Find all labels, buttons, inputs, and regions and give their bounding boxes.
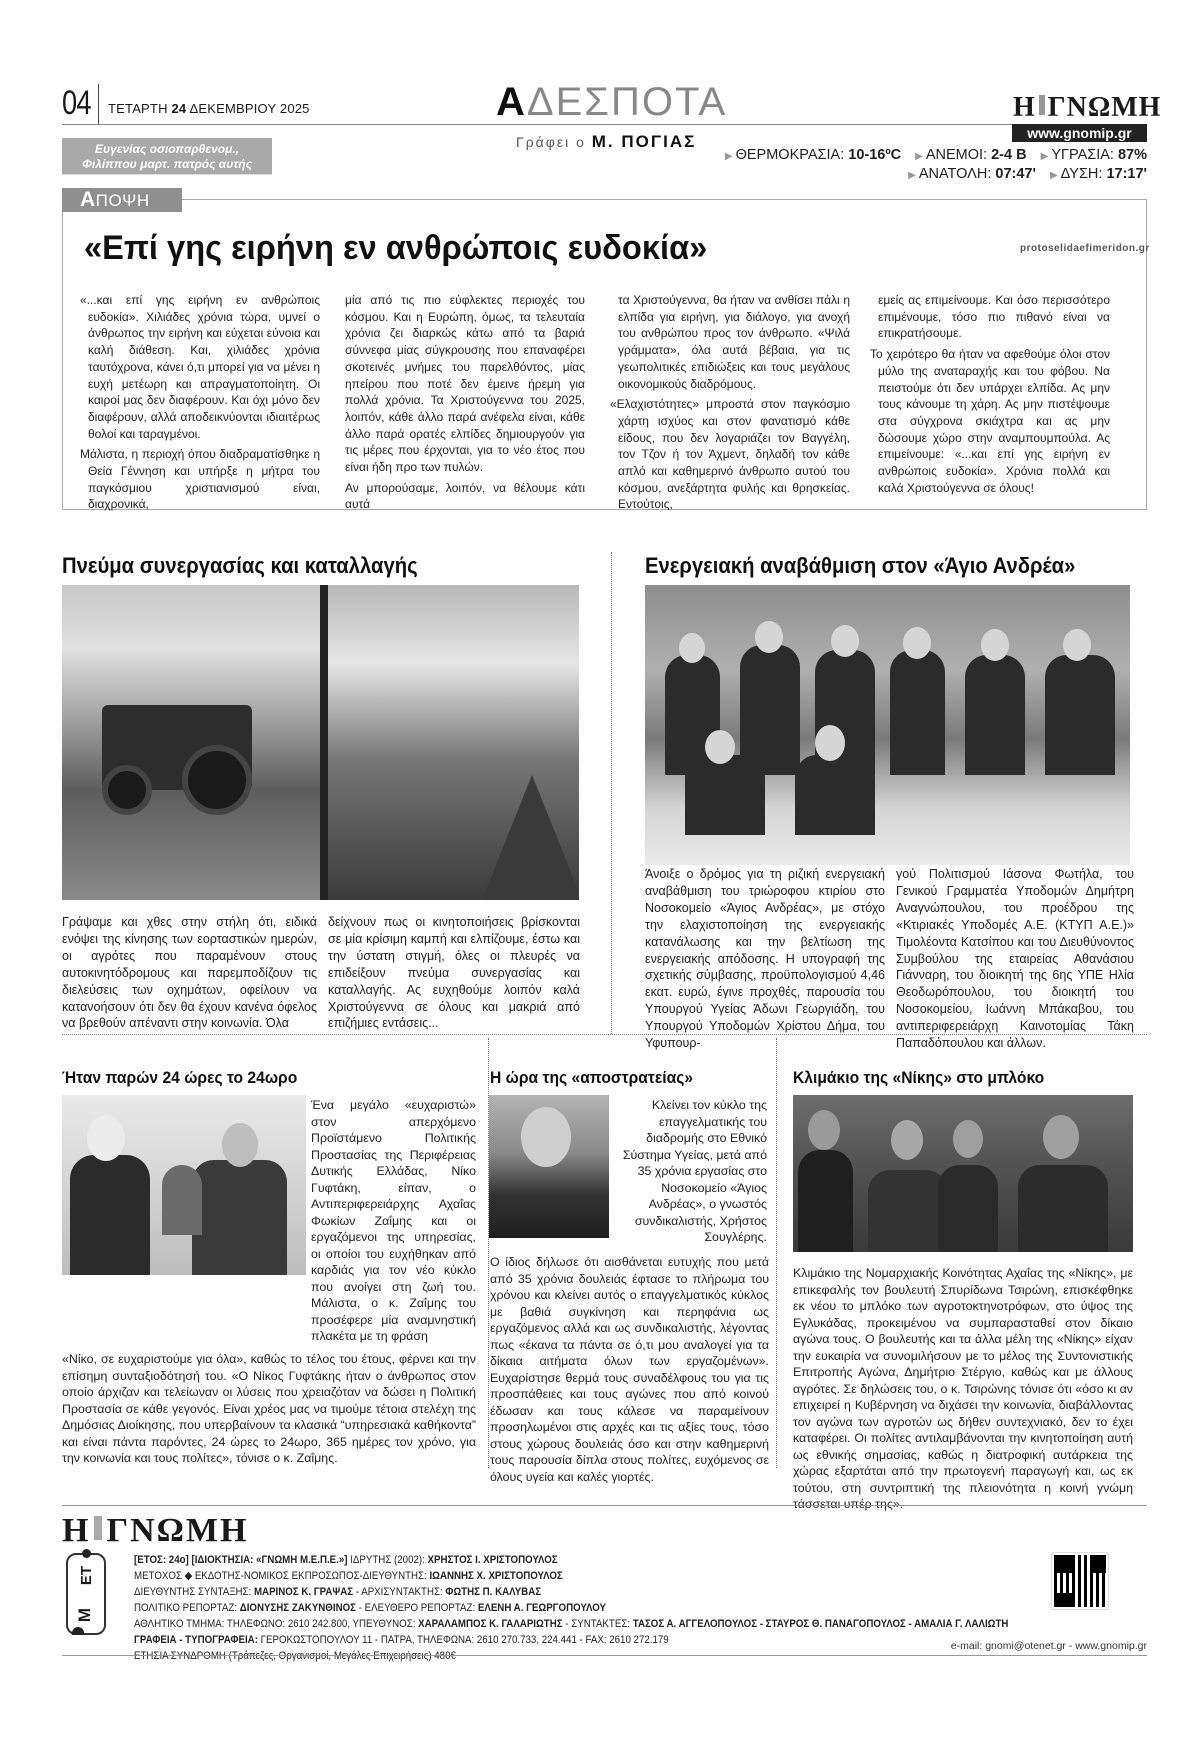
opinion-headline: «Επί γης ειρήνη εν ανθρώποις ευδοκία» <box>84 228 707 268</box>
masthead-label: ΔΙΕΥΘΥΝΤΗΣ ΣΥΝΤΑΞΗΣ: <box>134 1586 251 1598</box>
tractors-photo <box>62 585 579 900</box>
masthead-label: ΓΡΑΦΕΙΑ - ΤΥΠΟΓΡΑΦΕΙΑ: <box>134 1634 258 1646</box>
article-title-24h[interactable]: Ήταν παρών 24 ώρες το 24ωρο <box>62 1065 297 1091</box>
badge-letter-bottom: Μ <box>75 1608 95 1622</box>
person-head <box>981 629 1009 661</box>
person-head <box>222 1123 258 1167</box>
temp-value: 10-16ºC <box>848 147 901 163</box>
section-title: ΑΔΕΣΠΟΤΑ <box>496 82 727 122</box>
column-divider <box>611 552 612 1034</box>
wind-value: 2-4 B <box>991 147 1026 163</box>
byline-prefix: Γράφει ο <box>516 134 586 150</box>
logo-right: ΓΝΩΜΗ <box>1048 92 1162 123</box>
sunset-label: ΔΥΣΗ: <box>1061 166 1103 182</box>
badge-dot <box>72 1627 84 1635</box>
website-link[interactable]: www.gnomip.gr <box>1012 124 1147 142</box>
metoxos-badge-icon: ΕΤ Μ <box>66 1553 106 1635</box>
masthead-address: ΓΕΡΟΚΩΣΤΟΠΟΥΛΟΥ 11 - ΠΑΤΡΑ, ΤΗΛΕΦΩΝΑ: 26… <box>261 1634 669 1646</box>
article-24h-text-beside: Ένα μεγάλο «ευχαριστώ» στον απερχόμενο Π… <box>311 1097 476 1345</box>
paragraph: «...και επί γης ειρήνη εν ανθρώποις ευδο… <box>80 292 320 442</box>
saints-line-1: Ευγενίας οσιοπαρθενομ., <box>62 142 272 157</box>
article-farmers-col-2: δείχνουν πως οι κινητοποιήσεις βρίσκοντα… <box>328 914 580 1032</box>
opinion-tab: ΑΠΟΨΗ <box>62 188 182 212</box>
section-title-rest: ΔΕΣΠΟΤΑ <box>527 80 727 124</box>
footer-contact[interactable]: e-mail: gnomi@otenet.gr - www.gnomip.gr <box>951 1640 1147 1652</box>
saints-line-2: Φιλίππου μαρτ. πατρός αυτής <box>62 157 272 172</box>
masthead-line: [ΕΤΟΣ: 24ο] [ΙΔΙΟΚΤΗΣΙΑ: «ΓΝΩΜΗ Μ.Ε.Π.Ε.… <box>134 1552 1008 1568</box>
bullet-arrow-icon: ▶ <box>1041 151 1049 162</box>
sunset-value: 17:17' <box>1106 166 1147 182</box>
person-head <box>953 1120 983 1158</box>
issue-date-number: 24 <box>171 101 186 116</box>
article-title-niki[interactable]: Κλιμάκιο της «Νίκης» στο μπλόκο <box>793 1065 1044 1091</box>
logo-divider-icon <box>94 1516 102 1540</box>
tractor-wheel <box>182 745 252 815</box>
masthead-ownership: [ΙΔΙΟΚΤΗΣΙΑ: «ΓΝΩΜΗ Μ.Ε.Π.Ε.»] <box>191 1554 347 1566</box>
person-shape <box>70 1155 150 1275</box>
badge-letters-top: ΕΤ <box>78 1566 95 1585</box>
issue-date: ΤΕΤΑΡΤΗ 24 ΔΕΚΕΜΒΡΙΟΥ 2025 <box>108 101 310 116</box>
person-shape <box>798 1150 853 1252</box>
bullet-arrow-icon: ▶ <box>725 151 733 162</box>
qr-code-icon[interactable] <box>1052 1553 1108 1609</box>
person-shape <box>868 1170 948 1252</box>
page-number: 04 <box>62 86 91 120</box>
humidity-label: ΥΓΡΑΣΙΑ: <box>1051 147 1114 163</box>
person-head <box>521 1107 571 1167</box>
masthead-label: ΑΘΛΗΤΙΚΟ ΤΜΗΜΑ: ΤΗΛΕΦΩΝΟ: 2610 242.800, … <box>134 1618 415 1630</box>
masthead-name: ΤΑΣΟΣ Α. ΑΓΓΕΛΟΠΟΥΛΟΣ - ΣΤΑΥΡΟΣ Θ. ΠΑΝΑΓ… <box>633 1618 1009 1630</box>
masthead-label: ΜΕΤΟΧΟΣ ◆ ΕΚΔΟΤΗΣ-ΝΟΜΙΚΟΣ ΕΚΠΡΟΣΩΠΟΣ-ΔΙΕ… <box>134 1570 427 1582</box>
person-head <box>903 627 931 659</box>
article-title-hospital[interactable]: Ενεργειακή αναβάθμιση στον «Άγιο Ανδρέα» <box>645 553 1075 579</box>
person-head <box>679 633 705 663</box>
badge-dot <box>82 1549 91 1558</box>
masthead-label: - ΑΡΧΙΣΥΝΤΑΚΤΗΣ: <box>356 1586 443 1598</box>
paragraph: εμείς ας επιμείνουμε. Και όσο περισσότερ… <box>870 292 1110 342</box>
person-head <box>87 1115 125 1161</box>
section-divider <box>62 1034 1147 1035</box>
article-retirement-text-below: Ο ίδιος δήλωσε ότι αισθάνεται ευτυχής πο… <box>490 1254 769 1485</box>
footer-rule-top <box>62 1505 1147 1506</box>
sunrise-label: ΑΝΑΤΟΛΗ: <box>919 166 992 182</box>
source-watermark: protoselidaefimeridon.gr <box>1020 243 1150 254</box>
masthead-name: ΧΑΡΑΛΑΜΠΟΣ Κ. ΓΑΛΑΡΙΩΤΗΣ <box>418 1618 562 1630</box>
person-shape <box>1045 655 1115 775</box>
article-niki-text: Κλιμάκιο της Νομαρχιακής Κοινότητας Αχαΐ… <box>793 1265 1133 1513</box>
footer-rule-bottom <box>62 1655 1147 1656</box>
person-head <box>808 1110 840 1150</box>
masthead-line: ΜΕΤΟΧΟΣ ◆ ΕΚΔΟΤΗΣ-ΝΟΜΙΚΟΣ ΕΚΠΡΟΣΩΠΟΣ-ΔΙΕ… <box>134 1568 1008 1584</box>
bullet-arrow-icon: ▶ <box>915 151 923 162</box>
opinion-column-2: μία από τις πιο εύφλεκτες περιοχές του κ… <box>345 292 585 517</box>
opinion-column-3: τα Χριστούγεννα, θα ήταν να ανθίσει πάλι… <box>610 292 850 517</box>
humidity-value: 87% <box>1118 147 1147 163</box>
paragraph: «Ελαχιστότητες» μπροστά στον παγκόσμιο χ… <box>610 396 850 513</box>
masthead-line: ΑΘΛΗΤΙΚΟ ΤΜΗΜΑ: ΤΗΛΕΦΩΝΟ: 2610 242.800, … <box>134 1616 1008 1632</box>
paragraph: Το χειρότερο θα ήταν να αφεθούμε όλοι στ… <box>870 346 1110 496</box>
column-divider <box>776 1038 777 1468</box>
masthead-label: - ΕΛΕΥΘΕΡΟ ΡΕΠΟΡΤΑΖ: <box>359 1602 475 1614</box>
weather-line-2: ▶ΑΝΑΤΟΛΗ: 07:47' ▶ΔΥΣΗ: 17:17' <box>898 166 1147 182</box>
person-shape <box>1018 1165 1108 1252</box>
tractor-wheel <box>102 765 152 815</box>
paragraph: τα Χριστούγεννα, θα ήταν να ανθίσει πάλι… <box>610 292 850 392</box>
person-shape <box>965 655 1025 775</box>
person-shape <box>162 1165 202 1235</box>
issue-day: ΤΕΤΑΡΤΗ <box>108 101 168 116</box>
person-shape <box>890 650 945 775</box>
portrait-photo <box>489 1095 609 1238</box>
opinion-tab-initial: Α <box>80 188 96 211</box>
header-rule <box>62 124 1147 125</box>
person-head <box>1043 1115 1079 1159</box>
masthead-line: ΠΟΛΙΤΙΚΟ ΡΕΠΟΡΤΑΖ: ΔΙΟΝΥΣΗΣ ΖΑΚΥΝΘΙΝΟΣ -… <box>134 1600 1008 1616</box>
christmas-tree-shape <box>482 775 579 900</box>
masthead-line: ΓΡΑΦΕΙΑ - ΤΥΠΟΓΡΑΦΕΙΑ: ΓΕΡΟΚΩΣΤΟΠΟΥΛΟΥ 1… <box>134 1632 1008 1648</box>
paragraph: Μάλιστα, η περιοχή όπου διαδραματίσθηκε … <box>80 446 320 513</box>
masthead-credits: [ΕΤΟΣ: 24ο] [ΙΔΙΟΚΤΗΣΙΑ: «ΓΝΩΜΗ Μ.Ε.Π.Ε.… <box>134 1552 1008 1664</box>
article-retirement-text-beside: Κλείνει τον κύκλο της επαγγελματικής του… <box>615 1097 767 1246</box>
header-separator <box>98 84 99 124</box>
masthead-name: ΦΩΤΗΣ Π. ΚΑΛΥΒΑΣ <box>445 1586 541 1598</box>
person-head <box>831 625 859 657</box>
paragraph: Αν μπορούσαμε, λοιπόν, να θέλουμε κάτι α… <box>345 480 585 513</box>
masthead-line: ΕΤΗΣΙΑ ΣΥΝΔΡΟΜΗ (Τράπεζες, Οργανισμοί, Μ… <box>134 1648 1008 1664</box>
masthead-name: ΧΡΗΣΤΟΣ Ι. ΧΡΙΣΤΟΠΟΥΛΟΣ <box>428 1554 558 1566</box>
masthead-name: ΔΙΟΝΥΣΗΣ ΖΑΚΥΝΘΙΝΟΣ <box>240 1602 356 1614</box>
footer-logo: ΗΓΝΩΜΗ <box>62 1514 248 1548</box>
masthead-label: ΙΔΡΥΤΗΣ (2002): <box>350 1554 425 1566</box>
person-shape <box>685 755 765 835</box>
paragraph: μία από τις πιο εύφλεκτες περιοχές του κ… <box>345 292 585 476</box>
bullet-arrow-icon: ▶ <box>908 170 916 181</box>
person-head <box>891 1120 923 1160</box>
sunrise-value: 07:47' <box>995 166 1036 182</box>
article-farmers-col-1: Γράψαμε και χθες στην στήλη ότι, ειδικά … <box>62 914 317 1032</box>
article-hospital-col-2: γού Πολιτισμού Ιάσονα Φωτήλα, του Γενικο… <box>896 866 1134 1052</box>
footer-logo-left: Η <box>62 1512 90 1549</box>
masthead-label: ΠΟΛΙΤΙΚΟ ΡΕΠΟΡΤΑΖ: <box>134 1602 237 1614</box>
logo-divider-icon <box>1039 95 1045 115</box>
person-head <box>755 621 783 653</box>
person-head <box>815 725 845 761</box>
person-shape <box>192 1160 287 1275</box>
masthead-year: [ΕΤΟΣ: 24ο] <box>134 1554 189 1566</box>
person-head <box>705 730 735 764</box>
contract-signing-photo <box>645 585 1130 865</box>
handshake-photo <box>62 1095 306 1275</box>
opinion-column-4: εμείς ας επιμείνουμε. Και όσο περισσότερ… <box>870 292 1110 500</box>
column-byline: Γράφει ο Μ. ΠΟΓΙΑΣ <box>516 132 696 152</box>
newspaper-logo[interactable]: ΗΓΝΩΜΗ <box>1013 94 1161 122</box>
masthead-name: ΕΛΕΝΗ Α. ΓΕΩΡΓΟΠΟΥΛΟΥ <box>478 1602 606 1614</box>
temp-label: ΘΕΡΜΟΚΡΑΣΙΑ: <box>736 147 845 163</box>
weather-line-1: ▶ΘΕΡΜΟΚΡΑΣΙΑ: 10-16ºC ▶ΑΝΕΜΟΙ: 2-4 B ▶ΥΓ… <box>715 147 1147 163</box>
section-title-initial: Α <box>496 80 527 124</box>
article-hospital-col-1: Άνοιξε ο δρόμος για τη ριζική ενεργειακή… <box>645 866 885 1052</box>
issue-month-year: ΔΕΚΕΜΒΡΙΟΥ 2025 <box>189 101 309 116</box>
logo-left: Η <box>1013 92 1036 123</box>
footer-logo-right: ΓΝΩΜΗ <box>106 1512 248 1549</box>
opinion-frame-top <box>182 199 1147 200</box>
group-meeting-photo <box>793 1095 1133 1252</box>
opinion-tab-rest: ΠΟΨΗ <box>96 191 150 210</box>
byline-author: Μ. ΠΟΓΙΑΣ <box>592 132 697 151</box>
wind-label: ΑΝΕΜΟΙ: <box>926 147 987 163</box>
person-shape <box>938 1165 998 1252</box>
article-title-retirement[interactable]: Η ώρα της «αποστρατείας» <box>490 1065 693 1091</box>
masthead-name: ΙΩΑΝΝΗΣ Χ. ΧΡΙΣΤΟΠΟΥΛΟΣ <box>429 1570 562 1582</box>
bullet-arrow-icon: ▶ <box>1050 170 1058 181</box>
article-24h-text-below: «Νίκο, σε ευχαριστούμε για όλα», καθώς τ… <box>62 1351 476 1467</box>
person-head <box>1063 629 1091 661</box>
masthead-name: ΜΑΡΙΝΟΣ Κ. ΓΡΑΨΑΣ <box>254 1586 353 1598</box>
opinion-column-1: «...και επί γης ειρήνη εν ανθρώποις ευδο… <box>80 292 320 517</box>
article-title-farmers[interactable]: Πνεύμα συνεργασίας και καταλλαγής <box>62 553 418 579</box>
person-shape <box>795 755 875 835</box>
saints-of-day-box: Ευγενίας οσιοπαρθενομ., Φιλίππου μαρτ. π… <box>62 138 272 175</box>
masthead-line: ΔΙΕΥΘΥΝΤΗΣ ΣΥΝΤΑΞΗΣ: ΜΑΡΙΝΟΣ Κ. ΓΡΑΨΑΣ -… <box>134 1584 1008 1600</box>
masthead-label: - ΣΥΝΤΑΚΤΕΣ: <box>565 1618 630 1630</box>
